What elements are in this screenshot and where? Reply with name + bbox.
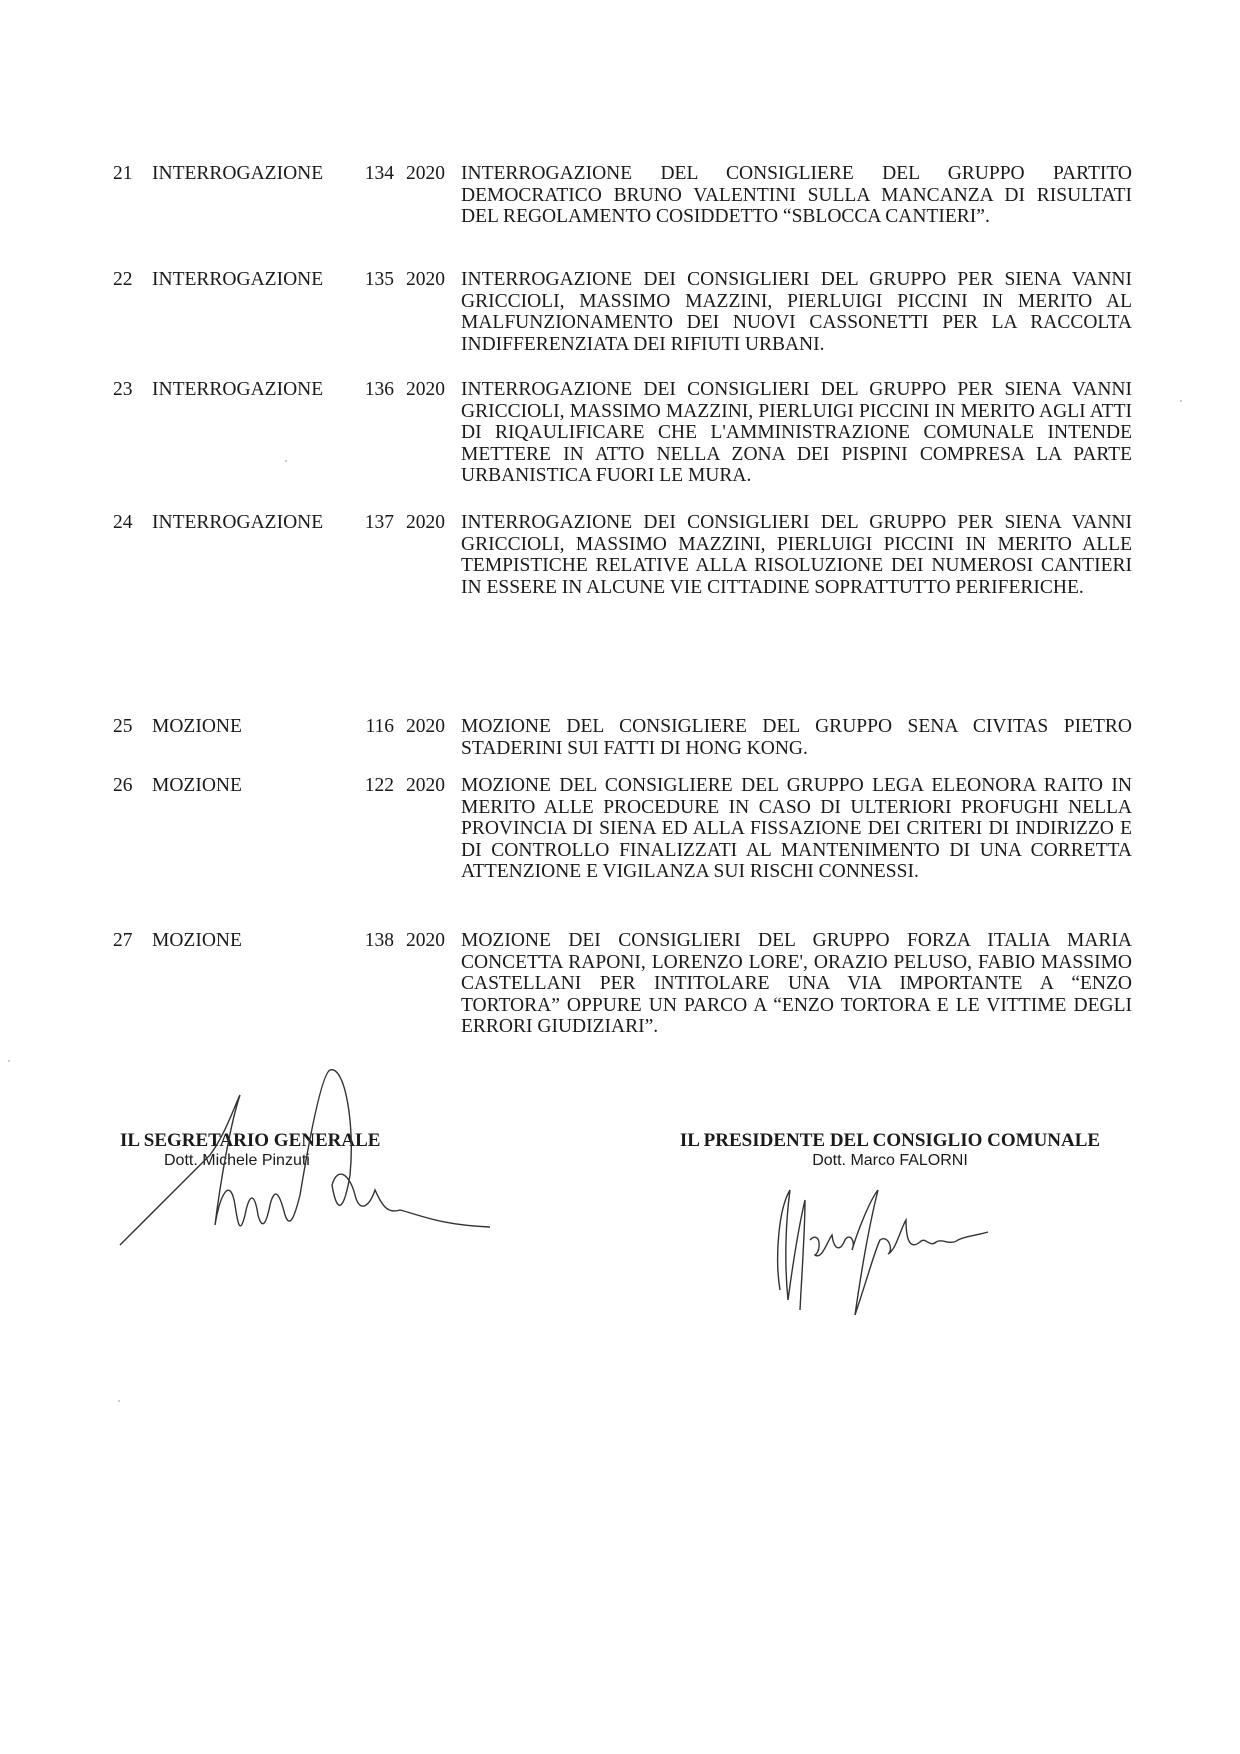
item-number: 22 [113,269,133,291]
item-code: 138 [358,930,394,952]
item-year: 2020 [406,930,445,952]
item-type: INTERROGAZIONE [152,163,323,185]
item-code: 122 [358,775,394,797]
scan-speck [1180,400,1182,402]
signature-title: IL PRESIDENTE DEL CONSIGLIO COMUNALE [640,1130,1140,1152]
item-type: INTERROGAZIONE [152,269,323,291]
item-year: 2020 [406,269,445,291]
item-code: 134 [358,163,394,185]
scan-speck [8,1060,10,1062]
item-number: 21 [113,163,133,185]
item-year: 2020 [406,512,445,534]
item-year: 2020 [406,716,445,738]
item-description: MOZIONE DEL CONSIGLIERE DEL GRUPPO SENA … [461,716,1132,759]
item-description: INTERROGAZIONE DEI CONSIGLIERI DEL GRUPP… [461,269,1132,355]
item-number: 25 [113,716,133,738]
item-code: 136 [358,379,394,401]
item-year: 2020 [406,379,445,401]
item-type: MOZIONE [152,930,242,952]
item-description: MOZIONE DEI CONSIGLIERI DEL GRUPPO FORZA… [461,930,1132,1038]
item-description: MOZIONE DEL CONSIGLIERE DEL GRUPPO LEGA … [461,775,1132,883]
item-code: 135 [358,269,394,291]
item-type: MOZIONE [152,716,242,738]
item-code: 116 [358,716,394,738]
item-description: INTERROGAZIONE DEI CONSIGLIERI DEL GRUPP… [461,512,1132,598]
item-number: 23 [113,379,133,401]
item-year: 2020 [406,775,445,797]
item-number: 24 [113,512,133,534]
item-description: INTERROGAZIONE DEL CONSIGLIERE DEL GRUPP… [461,163,1132,228]
item-number: 27 [113,930,133,952]
signature-name: Dott. Marco FALORNI [640,1152,1140,1170]
scan-speck [285,460,287,462]
handwritten-signature-icon [760,1170,1000,1320]
item-number: 26 [113,775,133,797]
item-type: INTERROGAZIONE [152,379,323,401]
item-description: INTERROGAZIONE DEI CONSIGLIERI DEL GRUPP… [461,379,1132,487]
item-type: INTERROGAZIONE [152,512,323,534]
scan-speck [118,1400,120,1402]
signature-block-president: IL PRESIDENTE DEL CONSIGLIO COMUNALE Dot… [640,1130,1140,1170]
handwritten-signature-icon [110,1065,510,1265]
item-code: 137 [358,512,394,534]
item-year: 2020 [406,163,445,185]
item-type: MOZIONE [152,775,242,797]
